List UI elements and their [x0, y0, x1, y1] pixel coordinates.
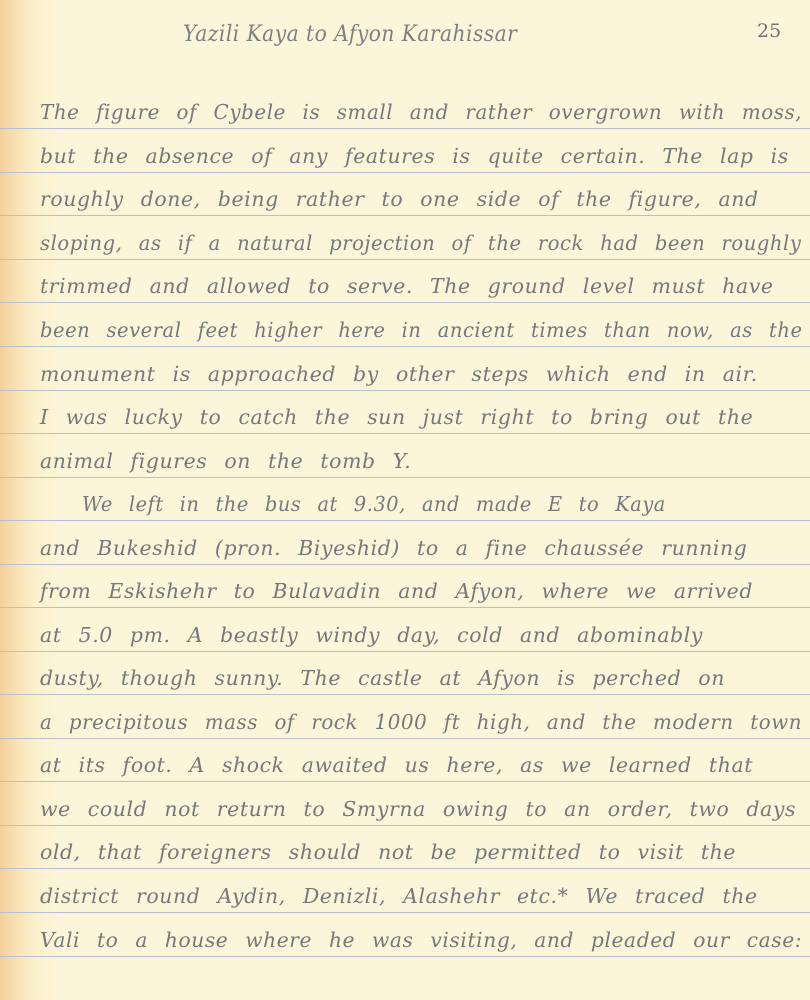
text-line: The figure of Cybele is small and rather… [40, 94, 781, 130]
notebook-page: Yazili Kaya to Afyon Karahissar 25 The f… [0, 0, 810, 1000]
text-line: from Eskishehr to Bulavadin and Afyon, w… [40, 573, 802, 609]
text-line: and Bukeshid (pron. Biyeshid) to a fine … [40, 530, 802, 566]
text-line: animal figures on the tomb Y. [40, 443, 802, 479]
text-line: old, that foreigners should not be permi… [40, 834, 802, 870]
text-line: Vali to a house where he was visiting, a… [40, 922, 794, 958]
paragraph-start-line: We left in the bus at 9.30, and made E t… [82, 486, 802, 522]
text-line: at its foot. A shock awaited us here, as… [40, 747, 802, 783]
text-line: I was lucky to catch the sun just right … [40, 399, 802, 435]
text-line: at 5.0 pm. A beastly windy day, cold and… [40, 617, 802, 653]
text-line: district round Aydin, Denizli, Alashehr … [40, 878, 802, 914]
text-line: been several feet higher here in ancient… [40, 312, 765, 348]
handwritten-text: The figure of Cybele is small and rather… [0, 0, 810, 1000]
text-line: but the absence of any features is quite… [40, 138, 802, 174]
text-line: dusty, though sunny. The castle at Afyon… [40, 660, 802, 696]
text-line: monument is approached by other steps wh… [40, 356, 802, 392]
text-line: sloping, as if a natural projection of t… [40, 225, 768, 261]
text-line: trimmed and allowed to serve. The ground… [40, 268, 802, 304]
text-line: we could not return to Smyrna owing to a… [40, 791, 802, 827]
text-line: a precipitous mass of rock 1000 ft high,… [40, 704, 778, 740]
text-line: roughly done, being rather to one side o… [40, 181, 802, 217]
